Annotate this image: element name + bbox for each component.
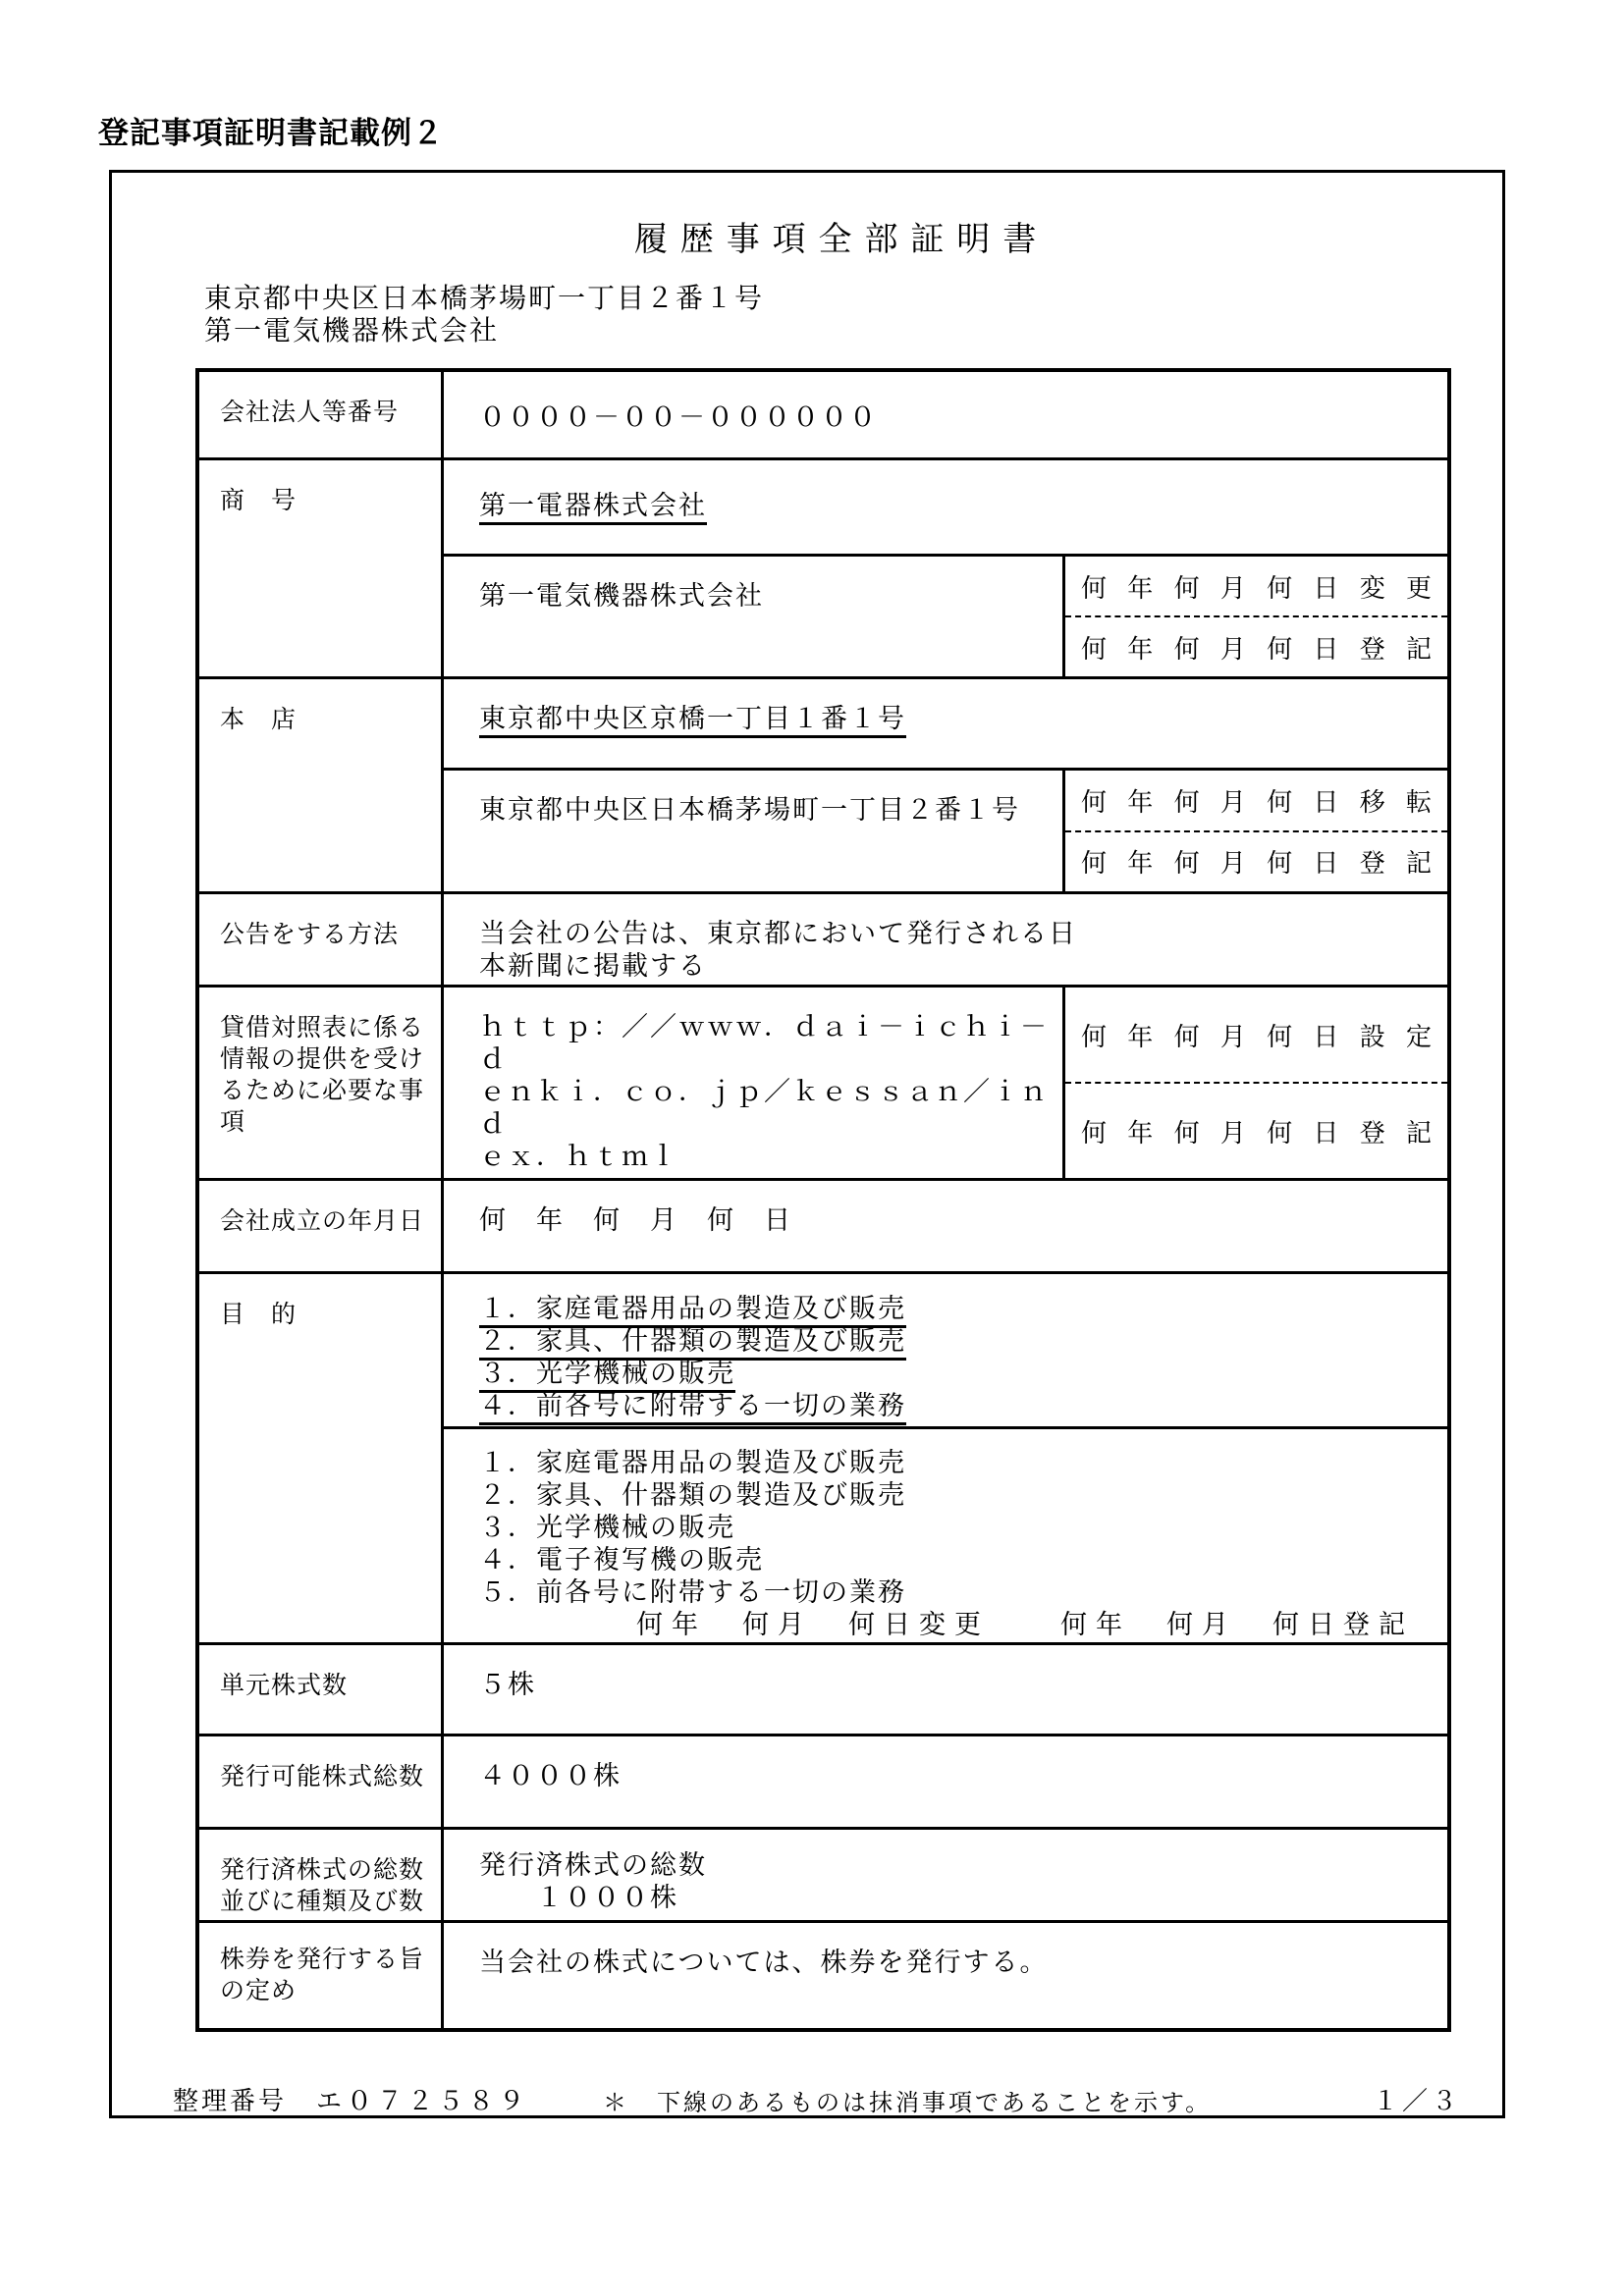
asterisk-mark: ＊ bbox=[603, 2091, 629, 2116]
trade-name-struck: 第一電器株式会社 bbox=[444, 460, 1447, 554]
date-cell: 何 年 何 月 何 日 設 定 何 年 何 月 何 日 登 記 bbox=[1062, 988, 1447, 1178]
row-issued-shares: 発行済株式の総数並びに種類及び数 発行済株式の総数 １０００株 bbox=[199, 1827, 1447, 1920]
share-certificate-value: 当会社の株式については、株券を発行する。 bbox=[444, 1923, 1447, 2028]
public-notice-value: 当会社の公告は、東京都において発行される日 本新聞に掲載する bbox=[444, 894, 1447, 985]
company-name: 第一電気機器株式会社 bbox=[204, 315, 764, 347]
row-corporate-number: 会社法人等番号 ００００－００－００００００ bbox=[199, 372, 1447, 457]
row-label: 発行可能株式総数 bbox=[199, 1736, 444, 1827]
row-label: 本 店 bbox=[199, 679, 444, 891]
date-registered: 何 年 何 月 何 日 登 記 bbox=[1065, 629, 1447, 666]
row-share-certificate: 株券を発行する旨の定め 当会社の株式については、株券を発行する。 bbox=[199, 1920, 1447, 2028]
purpose-date-note: 何年 何月 何日変更 何年 何月 何日登記 bbox=[479, 1609, 1437, 1641]
row-purpose: 目 的 １．家庭電器用品の製造及び販売 ２．家具、什器類の製造及び販売 ３．光学… bbox=[199, 1271, 1447, 1642]
incorporation-date-value: 何 年 何 月 何 日 bbox=[444, 1181, 1447, 1271]
row-authorized-shares: 発行可能株式総数 ４０００株 bbox=[199, 1734, 1447, 1827]
certificate-footer: 整理番号エ０７２５８９ ＊下線のあるものは抹消事項であることを示す。 １／３ bbox=[112, 2081, 1502, 2120]
row-label: 単元株式数 bbox=[199, 1645, 444, 1734]
company-address: 東京都中央区日本橋茅場町一丁目２番１号 bbox=[204, 283, 764, 315]
row-label: 会社法人等番号 bbox=[199, 372, 444, 457]
corporate-number-value: ００００－００－００００００ bbox=[444, 372, 1447, 457]
registry-table: 会社法人等番号 ００００－００－００００００ 商 号 第一電器株式会社 bbox=[195, 368, 1451, 2032]
row-unit-shares: 単元株式数 ５株 bbox=[199, 1642, 1447, 1734]
purpose-struck-list: １．家庭電器用品の製造及び販売 ２．家具、什器類の製造及び販売 ３．光学機械の販… bbox=[444, 1274, 1447, 1426]
row-label: 商 号 bbox=[199, 460, 444, 676]
page-title: 登記事項証明書記載例２ bbox=[98, 108, 444, 152]
row-label: 貸借対照表に係る情報の提供を受けるために必要な事項 bbox=[199, 988, 444, 1178]
certificate-title: 履歴事項全部証明書 bbox=[112, 212, 1502, 260]
document-page: 登記事項証明書記載例２ 履歴事項全部証明書 東京都中央区日本橋茅場町一丁目２番１… bbox=[0, 0, 1624, 2296]
date-registered: 何 年 何 月 何 日 登 記 bbox=[1065, 1113, 1447, 1149]
struck-text: 第一電器株式会社 bbox=[479, 491, 707, 520]
date-set: 何 年 何 月 何 日 設 定 bbox=[1065, 1017, 1447, 1053]
unit-shares-value: ５株 bbox=[444, 1645, 1447, 1734]
date-change: 何 年 何 月 何 日 移 転 bbox=[1065, 782, 1447, 819]
trade-name-current: 第一電気機器株式会社 bbox=[444, 557, 1062, 676]
date-change: 何 年 何 月 何 日 変 更 bbox=[1065, 568, 1447, 605]
row-label: 目 的 bbox=[199, 1274, 444, 1642]
issued-shares-value: 発行済株式の総数 １０００株 bbox=[444, 1830, 1447, 1920]
struck-text: 東京都中央区京橋一丁目１番１号 bbox=[479, 704, 906, 733]
row-incorporation-date: 会社成立の年月日 何 年 何 月 何 日 bbox=[199, 1178, 1447, 1271]
row-public-notice: 公告をする方法 当会社の公告は、東京都において発行される日 本新聞に掲載する bbox=[199, 891, 1447, 985]
purpose-current-list: １．家庭電器用品の製造及び販売 ２．家具、什器類の製造及び販売 ３．光学機械の販… bbox=[444, 1429, 1447, 1642]
row-head-office: 本 店 東京都中央区京橋一丁目１番１号 東京都中央区日本橋茅場町一丁目２番１号 … bbox=[199, 676, 1447, 891]
row-trade-name: 商 号 第一電器株式会社 第一電気機器株式会社 何 年 何 月 何 日 変 更 … bbox=[199, 457, 1447, 676]
row-balance-sheet-info: 貸借対照表に係る情報の提供を受けるために必要な事項 ｈｔｔｐ：／／ｗｗｗ．ｄａｉ… bbox=[199, 985, 1447, 1178]
authorized-shares-value: ４０００株 bbox=[444, 1736, 1447, 1827]
row-label: 会社成立の年月日 bbox=[199, 1181, 444, 1271]
row-label: 発行済株式の総数並びに種類及び数 bbox=[199, 1830, 444, 1920]
underline-footnote: ＊下線のあるものは抹消事項であることを示す。 bbox=[603, 2083, 1212, 2117]
balance-sheet-url: ｈｔｔｐ：／／ｗｗｗ．ｄａｉ－ｉｃｈｉ－ｄ ｅｎｋｉ．ｃｏ．ｊｐ／ｋｅｓｓａｎ／… bbox=[444, 988, 1062, 1178]
head-office-current: 東京都中央区日本橋茅場町一丁目２番１号 bbox=[444, 771, 1062, 891]
addressee-block: 東京都中央区日本橋茅場町一丁目２番１号 第一電気機器株式会社 bbox=[204, 283, 764, 347]
page-indicator: １／３ bbox=[1373, 2081, 1461, 2117]
row-label: 公告をする方法 bbox=[199, 894, 444, 985]
date-cell: 何 年 何 月 何 日 変 更 何 年 何 月 何 日 登 記 bbox=[1062, 557, 1447, 676]
head-office-struck: 東京都中央区京橋一丁目１番１号 bbox=[444, 679, 1447, 768]
date-cell: 何 年 何 月 何 日 移 転 何 年 何 月 何 日 登 記 bbox=[1062, 771, 1447, 891]
certificate-frame: 履歴事項全部証明書 東京都中央区日本橋茅場町一丁目２番１号 第一電気機器株式会社… bbox=[109, 170, 1505, 2118]
reference-number: 整理番号エ０７２５８９ bbox=[173, 2081, 529, 2117]
date-registered: 何 年 何 月 何 日 登 記 bbox=[1065, 843, 1447, 880]
row-label: 株券を発行する旨の定め bbox=[199, 1923, 444, 2028]
